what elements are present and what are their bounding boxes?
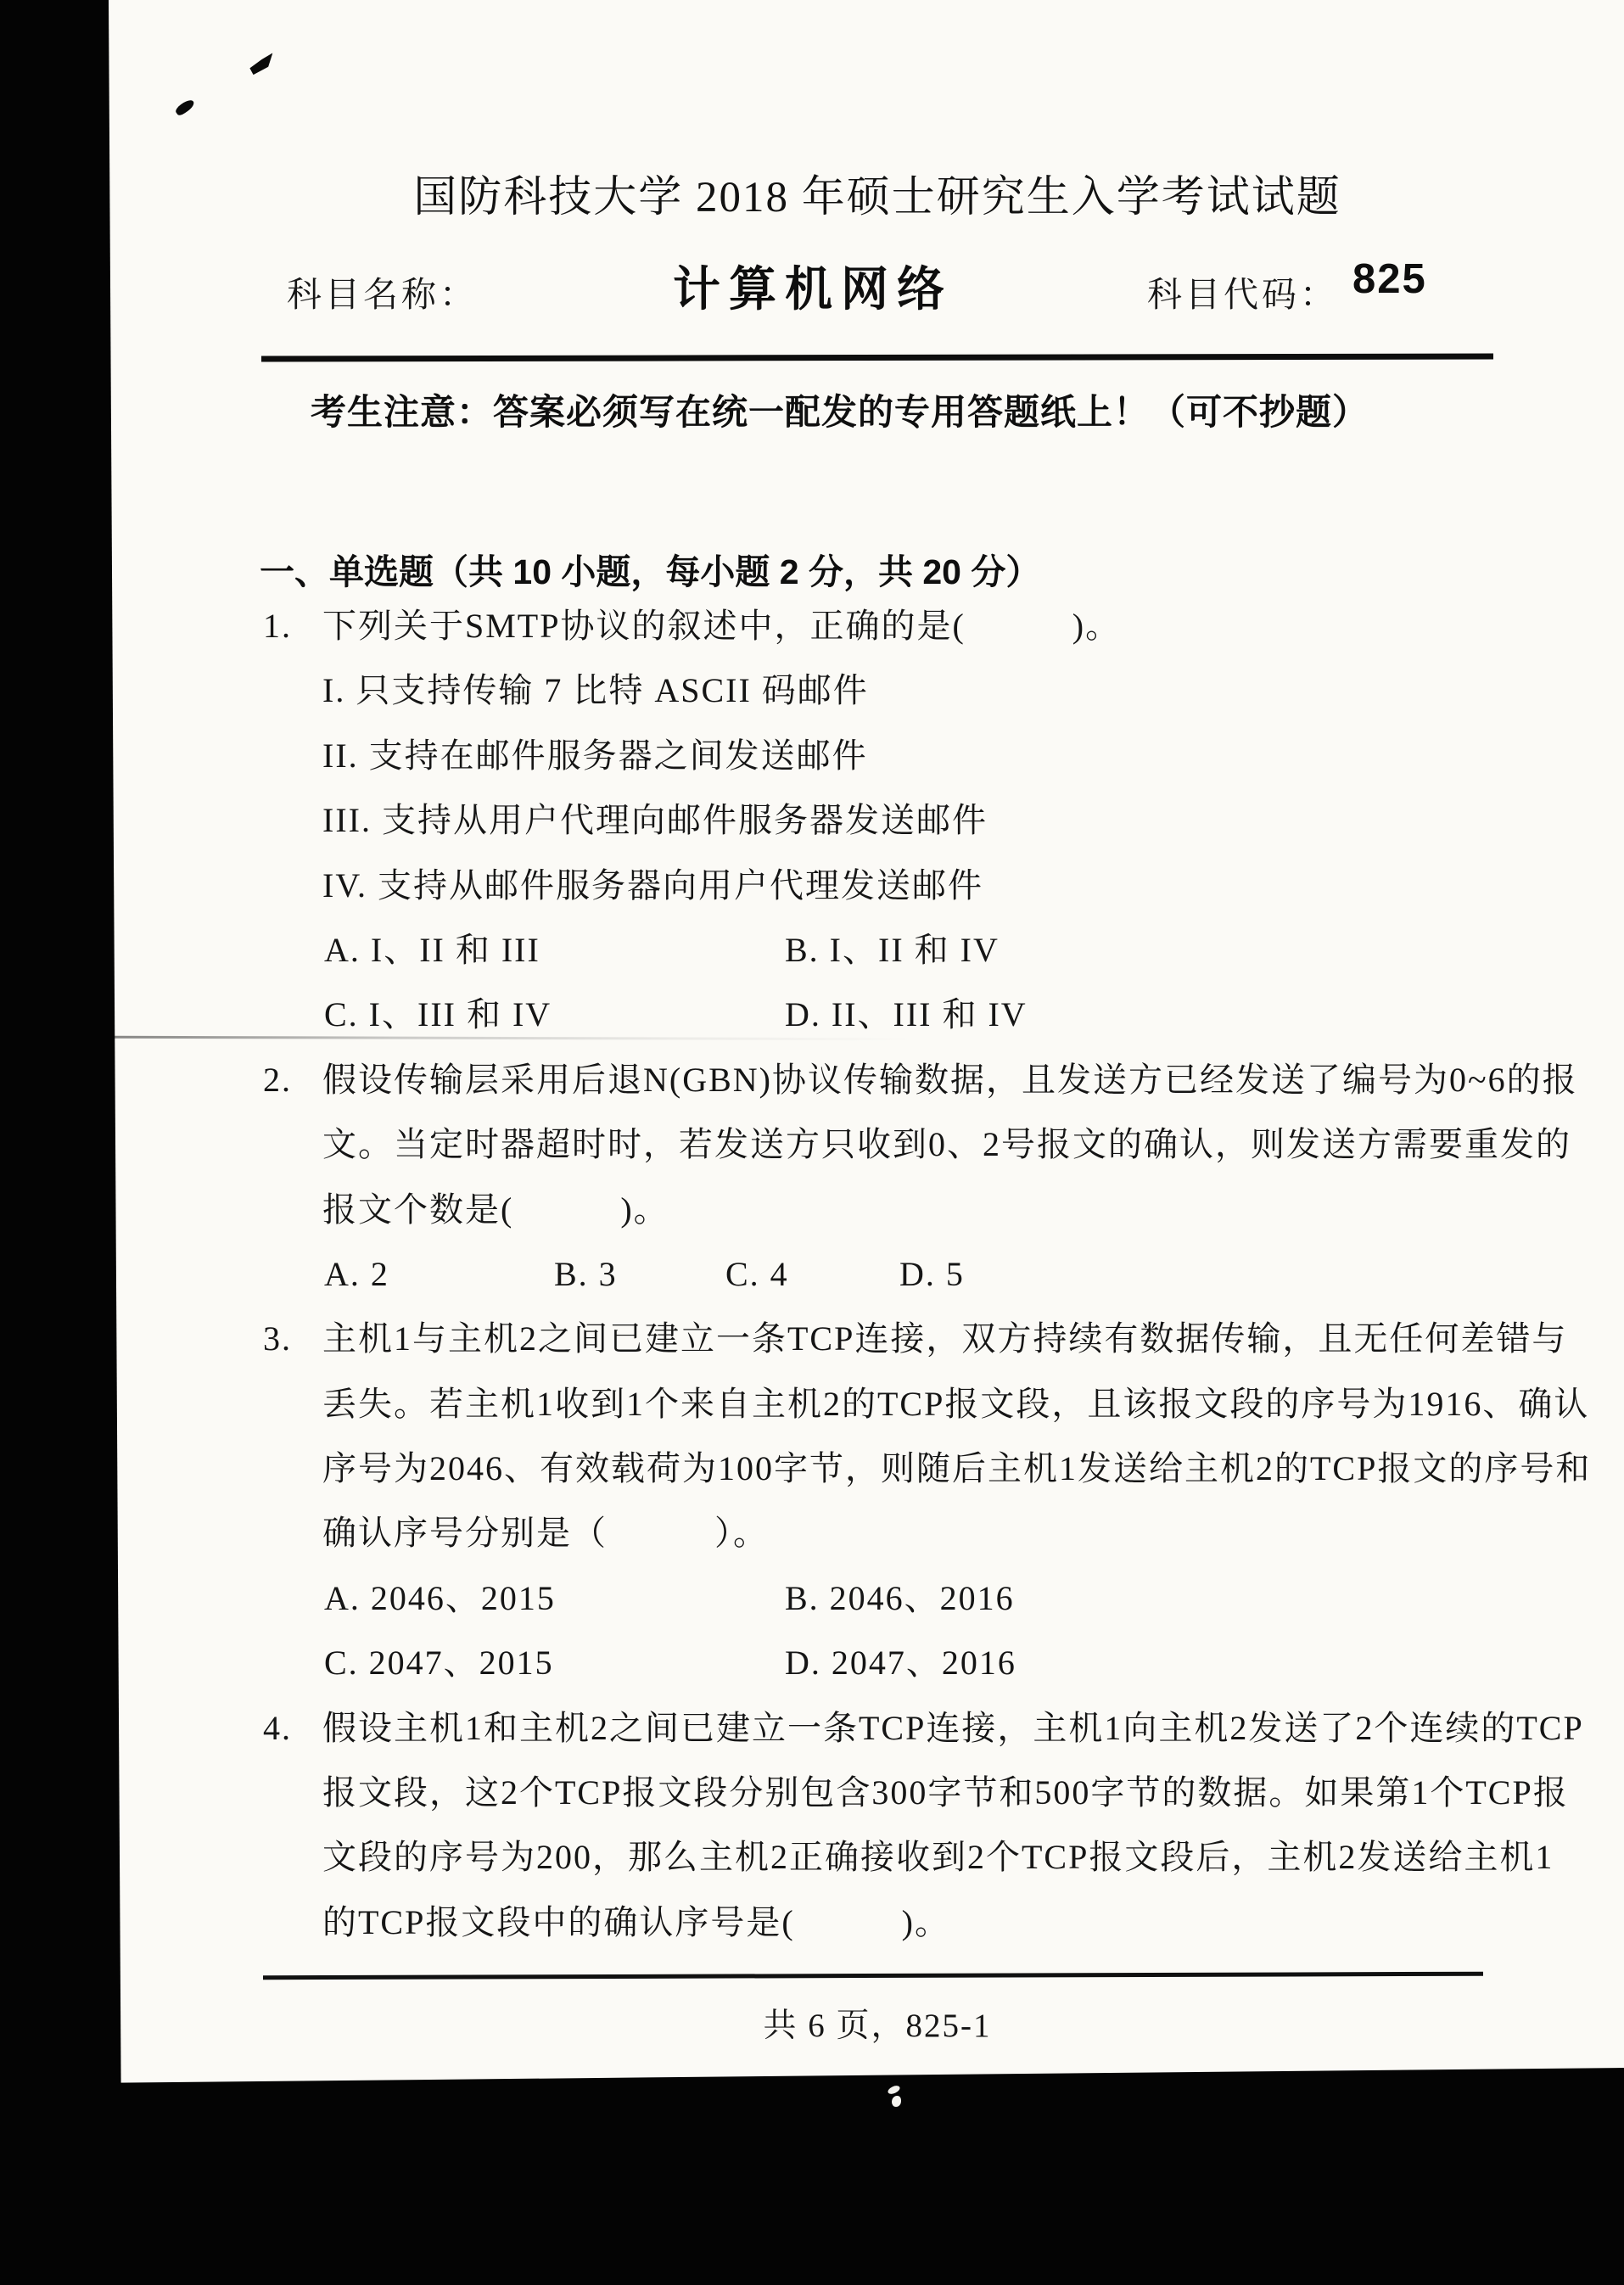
question-3-text: 丢失。若主机1收到1个来自主机2的TCP报文段，且该报文段的序号为1916、确认	[322, 1385, 1589, 1423]
question-3-options-row-1: A. 2046、2015 B. 2046、2016	[322, 1566, 1492, 1631]
question-2-number: 2.	[263, 1048, 292, 1112]
question-2-line-2: 文。当定时器超时时，若发送方只收到0、2号报文的确认，则发送方需要重发的	[322, 1112, 1492, 1177]
subject-name-label: 科目名称：	[287, 266, 478, 316]
question-1-stem: 1. 下列关于SMTP协议的叙述中，正确的是( )。	[322, 594, 1492, 658]
question-4-text: 文段的序号为200，那么主机2正确接收到2个TCP报文段后，主机2发送给主机1	[322, 1838, 1554, 1876]
question-2-option-c: C. 4	[725, 1242, 789, 1307]
bottom-scan-border	[0, 2065, 1624, 2285]
question-2-option-d: D. 5	[899, 1242, 965, 1307]
question-4-line-3: 文段的序号为200，那么主机2正确接收到2个TCP报文段后，主机2发送给主机1	[322, 1825, 1492, 1890]
question-4-text: 假设主机1和主机2之间已建立一条TCP连接，主机1向主机2发送了2个连续的TCP	[322, 1709, 1584, 1747]
question-2-option-a: A. 2	[324, 1242, 389, 1307]
question-3-text: 序号为2046、有效载荷为100字节，则随后主机1发送给主机2的TCP报文的序号…	[322, 1449, 1591, 1487]
question-3-text: 确认序号分别是（ ）。	[322, 1514, 769, 1552]
question-4-text: 报文段，这2个TCP报文段分别包含300字节和500字节的数据。如果第1个TCP…	[322, 1773, 1569, 1812]
question-2-line-3: 报文个数是( )。	[322, 1178, 1492, 1242]
question-3-option-a: A. 2046、2015	[324, 1566, 556, 1631]
footer-page-info: 共 6 页，825-1	[263, 1999, 1492, 2047]
question-4-line-2: 报文段，这2个TCP报文段分别包含300字节和500字节的数据。如果第1个TCP…	[322, 1761, 1492, 1825]
question-2-text: 报文个数是( )。	[322, 1190, 669, 1229]
question-1-option-a: A. I、II 和 III	[324, 918, 540, 983]
question-3-number: 3.	[263, 1307, 292, 1371]
left-scan-border	[0, 0, 124, 2285]
header-rule	[261, 353, 1493, 361]
question-3-options-row-2: C. 2047、2015 D. 2047、2016	[322, 1631, 1492, 1695]
question-3-option-b: B. 2046、2016	[785, 1566, 1015, 1631]
scan-speck	[887, 2084, 901, 2096]
pen-mark-arrow-icon	[249, 51, 273, 76]
question-1-options-row-1: A. I、II 和 III B. I、II 和 IV	[322, 918, 1492, 983]
question-2-text: 文。当定时器超时时，若发送方只收到0、2号报文的确认，则发送方需要重发的	[322, 1125, 1571, 1163]
question-1-option-d: D. II、III 和 IV	[785, 983, 1028, 1047]
scanned-exam-page: 国防科技大学 2018 年硕士研究生入学考试试题 科目名称： 计算机网络 科目代…	[0, 0, 1624, 2285]
subject-name-value: 计算机网络	[673, 252, 953, 320]
question-1-stem-text: 下列关于SMTP协议的叙述中，正确的是( )。	[322, 607, 1121, 645]
question-2-options-row: A. 2 B. 3 C. 4 D. 5	[322, 1242, 1492, 1307]
question-1-item-2: II. 支持在邮件服务器之间发送邮件	[322, 724, 1492, 788]
question-3-option-d: D. 2047、2016	[785, 1631, 1016, 1695]
question-2-option-b: B. 3	[554, 1242, 618, 1307]
question-1-number: 1.	[263, 594, 292, 658]
question-4-text: 的TCP报文段中的确认序号是( )。	[322, 1903, 950, 1941]
question-3-line-3: 序号为2046、有效载荷为100字节，则随后主机1发送给主机2的TCP报文的序号…	[322, 1437, 1492, 1501]
item-text: IV. 支持从邮件服务器向用户代理发送邮件	[322, 866, 983, 904]
question-3-line-1: 3. 主机1与主机2之间已建立一条TCP连接，双方持续有数据传输，且无任何差错与	[322, 1307, 1492, 1371]
subject-code-label: 科目代码：	[1147, 266, 1338, 316]
footer-rule	[263, 1972, 1483, 1980]
question-3-text: 主机1与主机2之间已建立一条TCP连接，双方持续有数据传输，且无任何差错与	[322, 1319, 1567, 1358]
question-1-option-b: B. I、II 和 IV	[785, 918, 1000, 983]
item-text: I. 只支持传输 7 比特 ASCII 码邮件	[322, 671, 869, 709]
pen-mark-comma-icon	[174, 98, 196, 117]
item-text: II. 支持在邮件服务器之间发送邮件	[322, 736, 868, 775]
question-1-item-4: IV. 支持从邮件服务器向用户代理发送邮件	[322, 854, 1492, 918]
notice-text: 考生注意：答案必须写在统一配发的专用答题纸上！（可不抄题）	[311, 384, 1369, 435]
question-2-line-1: 2. 假设传输层采用后退N(GBN)协议传输数据，且发送方已经发送了编号为0~6…	[322, 1048, 1492, 1112]
question-1-options-row-2: C. I、III 和 IV D. II、III 和 IV	[322, 983, 1492, 1047]
question-3-option-c: C. 2047、2015	[324, 1631, 554, 1695]
question-1-item-1: I. 只支持传输 7 比特 ASCII 码邮件	[322, 658, 1492, 723]
question-list: 1. 下列关于SMTP协议的叙述中，正确的是( )。 I. 只支持传输 7 比特…	[322, 594, 1492, 1955]
page-title: 国防科技大学 2018 年硕士研究生入学考试试题	[263, 161, 1492, 224]
question-3-line-2: 丢失。若主机1收到1个来自主机2的TCP报文段，且该报文段的序号为1916、确认	[322, 1372, 1492, 1437]
question-4-number: 4.	[263, 1696, 292, 1761]
item-text: III. 支持从用户代理向邮件服务器发送邮件	[322, 801, 988, 839]
section-heading: 一、单选题（共 10 小题，每小题 2 分，共 20 分）	[260, 544, 1040, 594]
question-4-line-1: 4. 假设主机1和主机2之间已建立一条TCP连接，主机1向主机2发送了2个连续的…	[322, 1696, 1492, 1761]
subject-code-value: 825	[1352, 255, 1427, 303]
question-4-line-4: 的TCP报文段中的确认序号是( )。	[322, 1890, 1492, 1955]
question-3-line-4: 确认序号分别是（ ）。	[322, 1501, 1492, 1565]
question-1-option-c: C. I、III 和 IV	[324, 983, 552, 1047]
question-2-text: 假设传输层采用后退N(GBN)协议传输数据，且发送方已经发送了编号为0~6的报	[322, 1061, 1578, 1099]
question-1-item-3: III. 支持从用户代理向邮件服务器发送邮件	[322, 788, 1492, 853]
